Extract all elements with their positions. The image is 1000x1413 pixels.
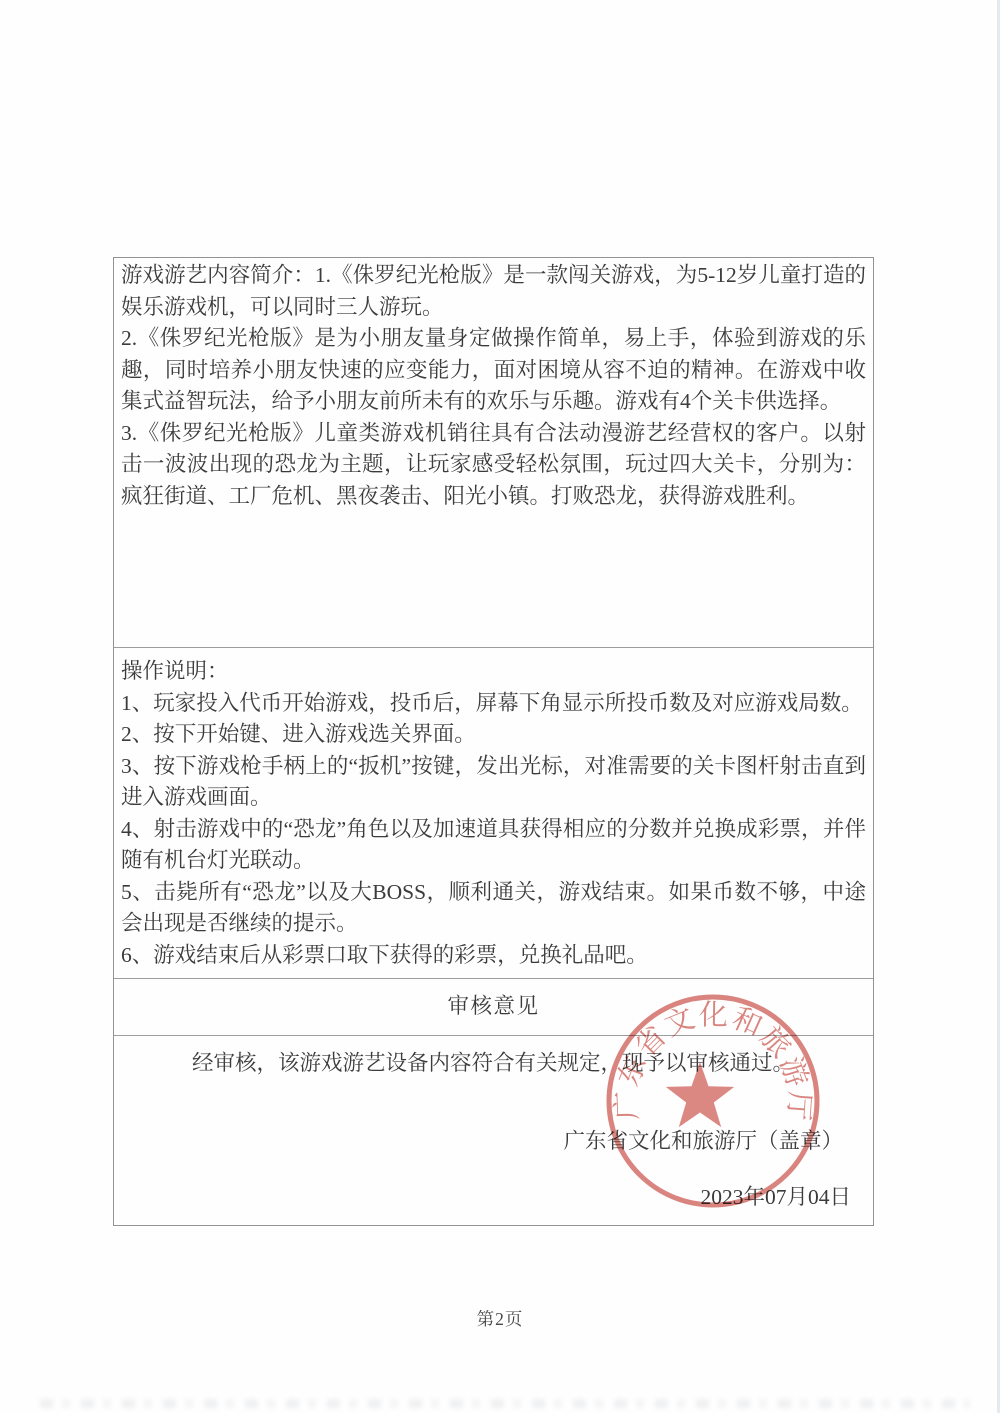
operation-step: 5、击毙所有“恐龙”以及大BOSS，顺利通关，游戏结束。如果币数不够，中途会出现… [121, 877, 866, 940]
section-operation-instructions: 操作说明： 1、玩家投入代币开始游戏，投币后，屏幕下角显示所投币数及对应游戏局数… [114, 648, 873, 979]
scanned-document-page: 游戏游艺内容简介：1.《侏罗纪光枪版》是一款闯关游戏，为5-12岁儿童打造的娱乐… [0, 0, 1000, 1413]
game-intro-paragraphs: 游戏游艺内容简介：1.《侏罗纪光枪版》是一款闯关游戏，为5-12岁儿童打造的娱乐… [121, 260, 866, 512]
operation-step: 2、按下开始键、进入游戏选关界面。 [121, 719, 866, 751]
page-number: 第2页 [0, 1306, 1000, 1331]
operation-step: 6、游戏结束后从彩票口取下获得的彩票，兑换礼品吧。 [121, 940, 866, 972]
game-intro-paragraph: 2.《侏罗纪光枪版》是为小朋友量身定做操作简单，易上手，体验到游戏的乐趣，同时培… [121, 323, 866, 418]
seal-star-icon [666, 1062, 734, 1127]
operation-step: 1、玩家投入代币开始游戏，投币后，屏幕下角显示所投币数及对应游戏局数。 [121, 688, 866, 720]
operation-steps: 1、玩家投入代币开始游戏，投币后，屏幕下角显示所投币数及对应游戏局数。2、按下开… [121, 688, 866, 972]
operation-step: 3、按下游戏枪手柄上的“扳机”按键，发出光标，对准需要的关卡图杆射击直到进入游戏… [121, 751, 866, 814]
operation-step: 4、射击游戏中的“恐龙”角色以及加速道具获得相应的分数并兑换成彩票，并伴随有机台… [121, 814, 866, 877]
official-seal-stamp: 广东省文化和旅游厅 [601, 988, 825, 1212]
scan-bleed-through-artifact [40, 1399, 970, 1408]
section-game-intro: 游戏游艺内容简介：1.《侏罗纪光枪版》是一款闯关游戏，为5-12岁儿童打造的娱乐… [114, 258, 873, 648]
game-intro-paragraph: 3.《侏罗纪光枪版》儿童类游戏机销往具有合法动漫游艺经营权的客户。以射击一波波出… [121, 418, 866, 513]
review-header-label: 审核意见 [447, 991, 539, 1023]
operation-title: 操作说明： [121, 656, 866, 688]
game-intro-paragraph: 游戏游艺内容简介：1.《侏罗纪光枪版》是一款闯关游戏，为5-12岁儿童打造的娱乐… [121, 260, 866, 323]
